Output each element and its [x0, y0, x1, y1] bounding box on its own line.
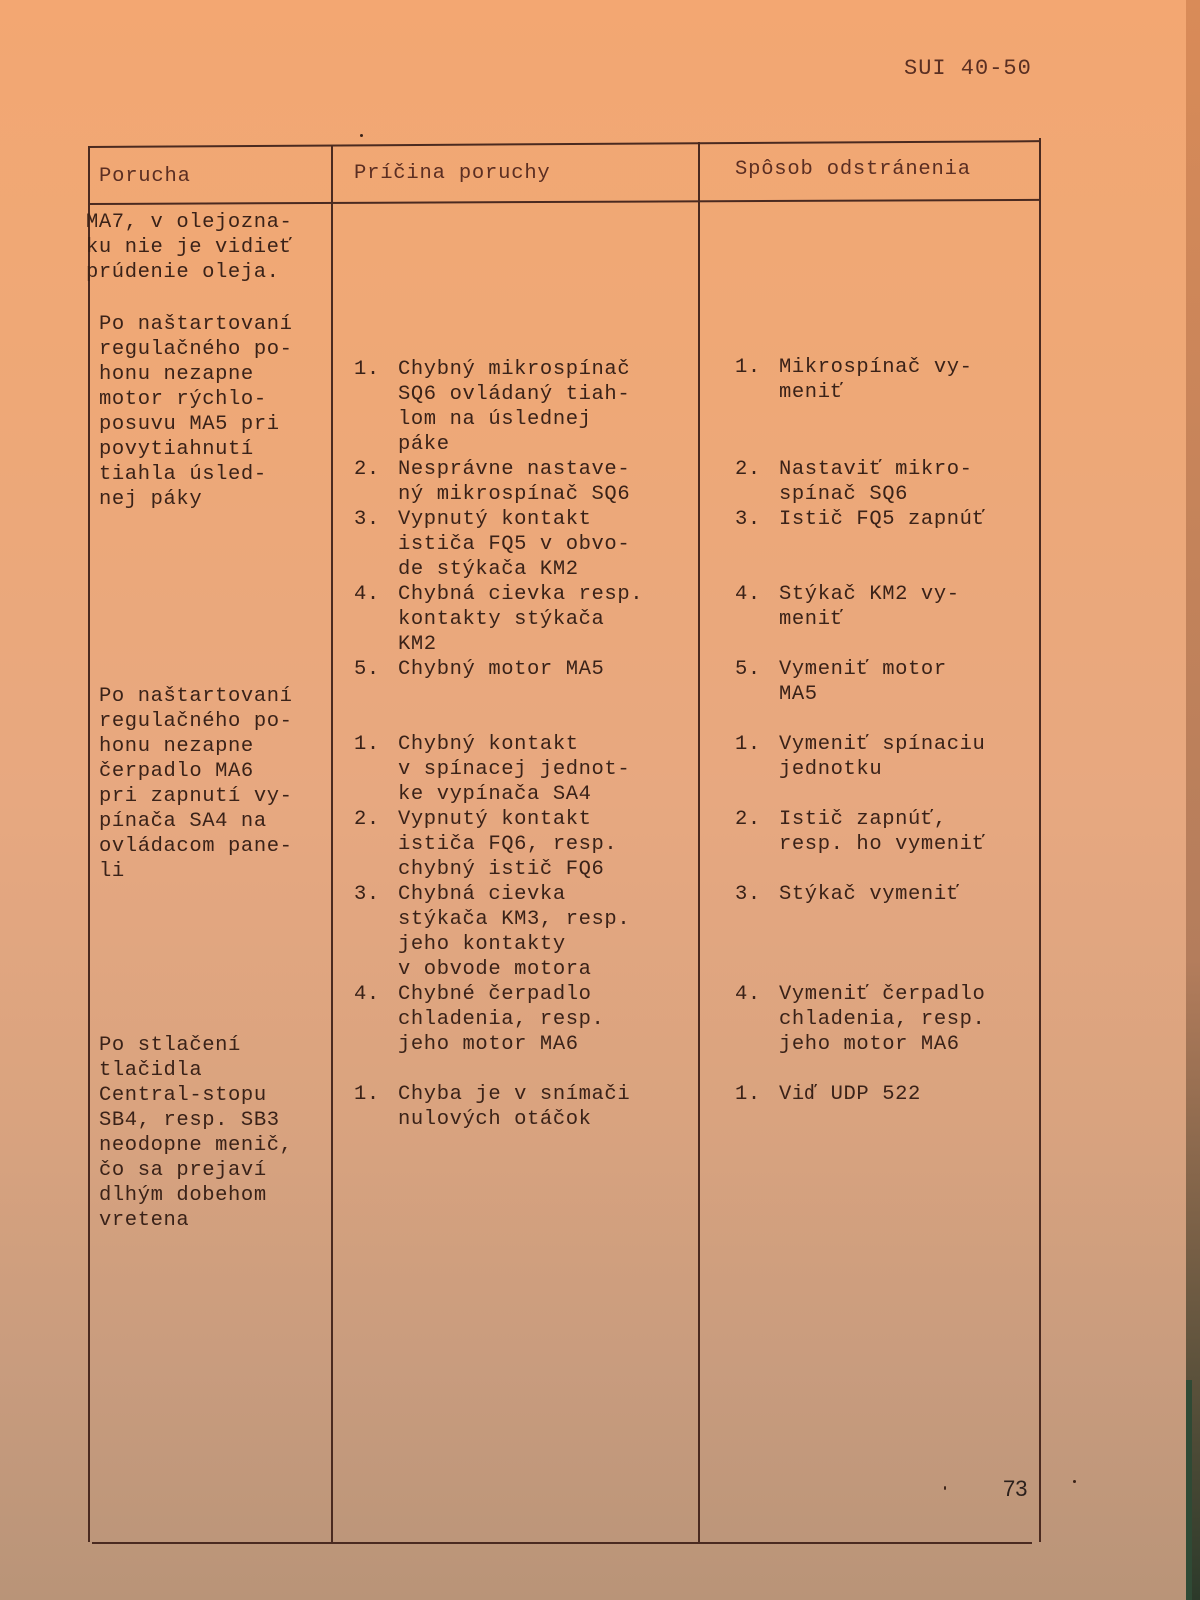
paper-speck — [1073, 1480, 1076, 1483]
header-sposob-odstranenia: Spôsob odstránenia — [735, 157, 971, 182]
cause-number: 5. — [354, 657, 398, 682]
cause-item: 1.Chyba je v snímači nulových otáčok — [354, 1032, 630, 1182]
remedy-text: Istič FQ5 zapnúť — [779, 507, 985, 532]
header-porucha: Porucha — [99, 164, 191, 189]
cause-text: Chybný motor MA5 — [398, 657, 604, 682]
table-top-border — [88, 140, 1040, 148]
paper-speck — [944, 1486, 946, 1490]
table-left-border — [88, 148, 90, 1542]
document-code: SUI 40-50 — [904, 56, 1032, 81]
remedy-text: Viď UDP 522 — [779, 1082, 921, 1107]
remedy-text: Mikrospínač vy- meniť — [779, 355, 973, 405]
fault-cell-0: MA7, v olejozna- ku nie je vidieť prúden… — [86, 210, 292, 285]
fault-cell-3: Po stlačení tlačidla Central-stopu SB4, … — [99, 1033, 293, 1233]
column-divider-2 — [698, 142, 700, 1542]
page-number: 73 — [1003, 1476, 1027, 1502]
cause-text: Chyba je v snímači nulových otáčok — [398, 1082, 630, 1132]
table-bottom-border — [92, 1542, 1032, 1544]
cause-number: 1. — [354, 1082, 398, 1132]
column-divider-1 — [331, 145, 333, 1542]
remedy-item: 1.Viď UDP 522 — [735, 1032, 921, 1157]
table-right-border — [1039, 138, 1041, 1542]
remedy-number: 1. — [735, 355, 779, 405]
fault-cell-1: Po naštartovaní regulačného po- honu nez… — [99, 312, 293, 512]
paper-speck — [360, 134, 363, 137]
header-pricina-poruchy: Príčina poruchy — [354, 161, 551, 186]
remedy-number: 3. — [735, 882, 779, 907]
fault-cell-2: Po naštartovaní regulačného po- honu nez… — [99, 684, 293, 884]
remedy-number: 1. — [735, 1082, 779, 1107]
book-page-edge — [1186, 0, 1200, 1600]
header-bottom-border — [88, 199, 1040, 205]
remedy-text: Stýkač vymeniť — [779, 882, 960, 907]
remedy-number: 3. — [735, 507, 779, 532]
